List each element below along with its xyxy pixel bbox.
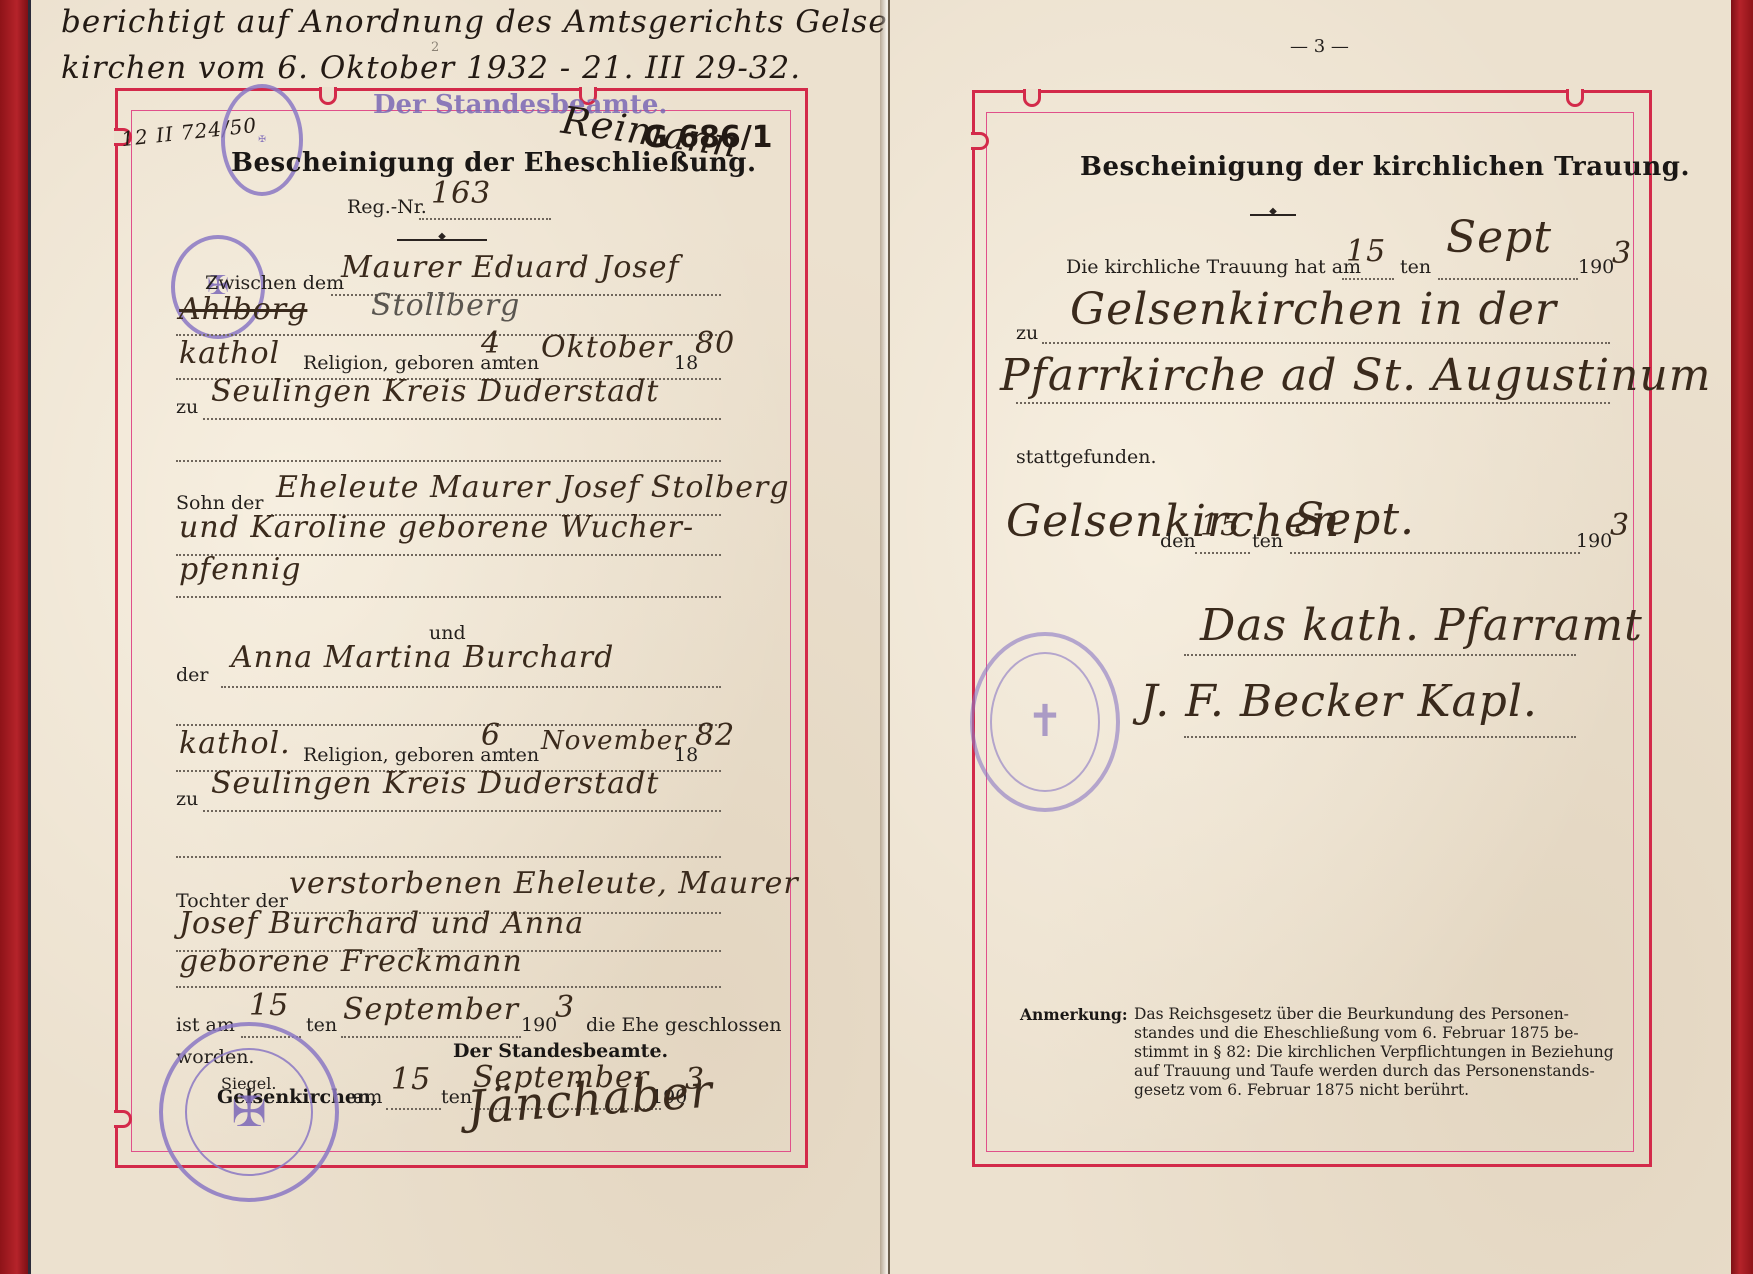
church-place-line-1-text: Gelsenkirchen in der	[1070, 284, 1557, 335]
divider-ornament	[397, 239, 487, 241]
marriage-ten-label: ten	[306, 1014, 337, 1036]
correction-annotation-line-1: berichtigt auf Anordnung des Amtsgericht…	[61, 4, 920, 40]
small-registry-stamp: ✠	[221, 84, 303, 196]
church-issue-month: Sept.	[1294, 494, 1415, 545]
page-number-faint: 2	[431, 40, 439, 55]
frame-notch-top-left	[1023, 89, 1041, 107]
chaplain-signature: J. F. Becker Kapl.	[1140, 676, 1538, 727]
church-place-line-2-text: Pfarrkirche ad St. Augustinum	[1000, 350, 1712, 401]
bride-religion-label: Religion, geboren am	[303, 744, 510, 766]
bride-zu-label: zu	[176, 788, 198, 810]
groom-birth-month: Oktober	[541, 330, 672, 365]
reg-nr-value: 163	[431, 176, 491, 211]
groom-zu-label: zu	[176, 396, 198, 418]
bride-blank-line-2	[176, 856, 721, 858]
bride-parents-line-2-text: Josef Burchard und Anna	[179, 906, 584, 941]
church-issue-ten-label: ten	[1252, 530, 1283, 552]
seal-inner-ring	[185, 1048, 313, 1176]
issue-am-label: am	[353, 1086, 382, 1108]
groom-occupation-name: Maurer Eduard Josef	[341, 250, 680, 285]
church-den-label: den	[1160, 530, 1196, 552]
bride-birthplace-line	[203, 810, 721, 812]
trauung-day-line	[1342, 278, 1394, 280]
trauung-label: Die kirchliche Trauung hat am	[1066, 256, 1361, 278]
trauung-month-line	[1438, 278, 1578, 280]
issue-day-line	[386, 1108, 441, 1110]
groom-ten-label: ten	[508, 352, 539, 374]
left-page: berichtigt auf Anordnung des Amtsgericht…	[28, 0, 888, 1274]
bride-ten-label: ten	[508, 744, 539, 766]
bride-birth-month: November	[541, 726, 687, 756]
marriage-day: 15	[249, 988, 289, 1023]
marriage-year-suffix: 3	[555, 990, 575, 1025]
certificate-title: Bescheinigung der Eheschließung.	[231, 148, 757, 178]
seal-label: Siegel.	[221, 1074, 276, 1093]
frame-notch-side-bottom	[114, 1110, 132, 1128]
book-cover-right-edge	[1731, 0, 1753, 1274]
church-issue-year-prefix: 190	[1576, 530, 1612, 552]
groom-birthplace: Seulingen Kreis Duderstadt	[211, 374, 659, 409]
bride-name-line	[221, 686, 721, 688]
note-line: standes und die Eheschließung vom 6. Feb…	[1134, 1024, 1614, 1043]
bride-year-suffix: 82	[695, 718, 735, 753]
parish-office-signature: Das kath. Pfarramt	[1200, 600, 1643, 651]
trauung-day: 15	[1346, 234, 1386, 269]
seal-stamp: ✠	[159, 1022, 339, 1202]
groom-blank-line	[176, 460, 721, 462]
zu-label: zu	[1016, 322, 1038, 344]
reg-nr-label: Reg.-Nr.	[347, 196, 427, 218]
marriage-year-prefix: 190	[521, 1014, 557, 1036]
marriage-month-line	[341, 1036, 521, 1038]
note-line: Das Reichsgesetz über die Beurkundung de…	[1134, 1005, 1614, 1024]
trauung-month: Sept	[1446, 212, 1552, 263]
bride-religion-value: kathol.	[179, 726, 291, 761]
der-label: der	[176, 664, 209, 686]
church-place-line-2	[1016, 402, 1610, 404]
book-cover-left-edge	[0, 0, 28, 1274]
divider-ornament	[1250, 214, 1296, 216]
church-issue-month-line	[1290, 552, 1580, 554]
bride-parents-line-1-text: verstorbenen Eheleute, Maurer	[289, 866, 799, 901]
trauung-year-suffix: 3	[1612, 236, 1632, 271]
trauung-ten-label: ten	[1400, 256, 1431, 278]
stattgefunden-label: stattgefunden.	[1016, 446, 1157, 468]
trauung-year-prefix: 190	[1578, 256, 1614, 278]
groom-parents-line-2-text: und Karoline geborene Wucher-	[179, 510, 694, 545]
groom-birth-day: 4	[481, 326, 501, 361]
groom-religion-value: kathol	[179, 336, 280, 371]
note-body: Das Reichsgesetz über die Beurkundung de…	[1134, 1005, 1614, 1100]
right-page: — 3 — Bescheinigung der kirchlichen Trau…	[888, 0, 1731, 1274]
groom-parents-line-3-text: pfennig	[179, 552, 302, 587]
church-issue-day: 15	[1200, 508, 1240, 543]
church-seal-stamp: ✝	[970, 632, 1120, 812]
marriage-closing-text: die Ehe geschlossen	[586, 1014, 781, 1036]
bride-name: Anna Martina Burchard	[231, 640, 614, 675]
church-issue-year-suffix: 3	[1610, 508, 1630, 543]
signature-line-1	[1184, 654, 1576, 656]
church-issue-day-line	[1195, 552, 1250, 554]
note-line: auf Trauung und Taufe werden durch das P…	[1134, 1062, 1614, 1081]
signature-line-2	[1184, 736, 1576, 738]
zwischen-label: Zwischen dem	[205, 272, 344, 294]
church-place-line-1	[1042, 342, 1610, 344]
bride-parents-line-3-text: geborene Freckmann	[179, 944, 523, 979]
note-line: stimmt in § 82: Die kirchlichen Verpflic…	[1134, 1043, 1614, 1062]
note-label: Anmerkung:	[1020, 1005, 1128, 1024]
groom-parents-line-3	[176, 596, 721, 598]
groom-struck-name: Ahlborg	[179, 292, 307, 327]
bride-birthplace: Seulingen Kreis Duderstadt	[211, 766, 659, 801]
groom-parents-line-1-text: Eheleute Maurer Josef Stolberg	[276, 470, 790, 505]
stamp-eagle-icon: ✠	[258, 135, 266, 146]
frame-notch-top-left	[319, 87, 337, 105]
correction-annotation-line-2: kirchen vom 6. Oktober 1932 - 21. III 29…	[61, 50, 801, 86]
groom-religion-label: Religion, geboren am	[303, 352, 510, 374]
official-title: Der Standesbeamte.	[453, 1040, 668, 1062]
frame-notch-top-right	[1566, 89, 1584, 107]
reg-nr-field-line	[419, 218, 551, 220]
frame-notch-side	[971, 132, 989, 150]
note-line: gesetz vom 6. Februar 1875 nicht berührt…	[1134, 1081, 1614, 1100]
issue-day: 15	[391, 1062, 431, 1097]
groom-birthplace-line	[203, 418, 721, 420]
page-number: — 3 —	[1290, 36, 1349, 57]
bride-birth-day: 6	[481, 718, 501, 753]
marriage-month: September	[343, 992, 519, 1027]
church-seal-inner-ring	[990, 652, 1100, 792]
church-certificate-title: Bescheinigung der kirchlichen Trauung.	[1080, 152, 1690, 182]
groom-year-suffix: 80	[695, 326, 735, 361]
groom-surname: Stollberg	[371, 288, 520, 323]
